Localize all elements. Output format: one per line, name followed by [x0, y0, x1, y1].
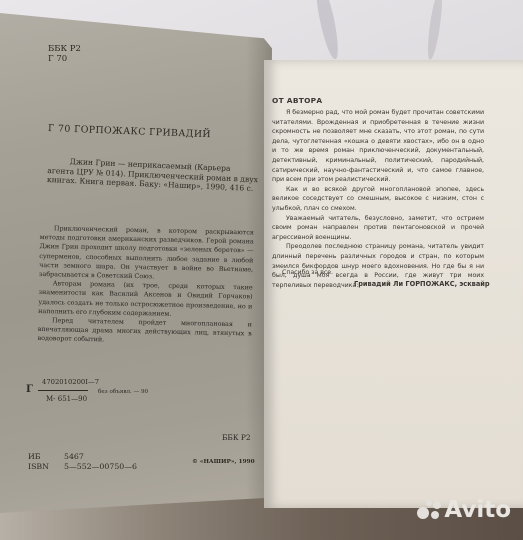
bibliographic-entry: Джин Грин — неприкасаемый (Карьера агент… [47, 156, 260, 194]
avito-dots-logo-icon [417, 500, 441, 520]
annotation-paragraph: Авторам романа (их трое, среди которых т… [38, 279, 253, 320]
marble-vein [312, 0, 342, 61]
ib-number: 5467 [64, 452, 84, 461]
code-numerator: 4702010200I—7 [42, 378, 99, 386]
avito-brand-text: Avito [444, 497, 511, 523]
author-signature: Гривадий Ли ГОРПОЖАКС, эсквайр [354, 280, 490, 288]
no-announcement: без объявл. — 90 [98, 389, 148, 395]
author-code: Г 70 [48, 54, 67, 64]
ib-label: ИБ [28, 452, 41, 461]
fraction-line [38, 390, 88, 391]
foreword-paragraph: Как и во всякой другой многоплановой эпо… [272, 185, 484, 214]
code-prefix: Г [26, 384, 33, 395]
isbn-number: 5—552—00750—6 [64, 462, 137, 471]
foreword-paragraph: Уважаемый читатель, безусловно, заметит,… [272, 214, 484, 243]
foreword-text: Я безмерно рад, что мой роман будет проч… [272, 108, 484, 290]
left-page: ББК Р2 Г 70 Г 70 ГОРПОЖАКС ГРИВАДИЙ Джин… [0, 8, 272, 513]
copyright: © «НАШИР», 1990 [192, 459, 255, 465]
marble-vein [425, 0, 445, 60]
annotation-paragraph: Перед читателем пройдет многоплановая и … [37, 316, 252, 348]
isbn-label: ISBN [28, 462, 49, 471]
catalog-code: ББК Р2 [48, 44, 81, 54]
right-page: ОТ АВТОРА Я безмерно рад, что мой роман … [264, 60, 523, 508]
avito-watermark: Avito [417, 497, 511, 523]
foreword-paragraph: Я безмерно рад, что мой роман будет проч… [272, 108, 484, 185]
closing-line: Спасибо за все. [282, 269, 333, 276]
section-title: ОТ АВТОРА [272, 96, 322, 105]
book-heading: Г 70 ГОРПОЖАКС ГРИВАДИЙ [48, 123, 211, 140]
code-denominator: М- 651—90 [46, 395, 87, 403]
annotation: Приключенческий роман, в котором раскрыв… [37, 224, 253, 348]
annotation-paragraph: Приключенческий роман, в котором раскрыв… [39, 224, 254, 284]
catalog-code-bottom: ББК Р2 [222, 433, 251, 442]
